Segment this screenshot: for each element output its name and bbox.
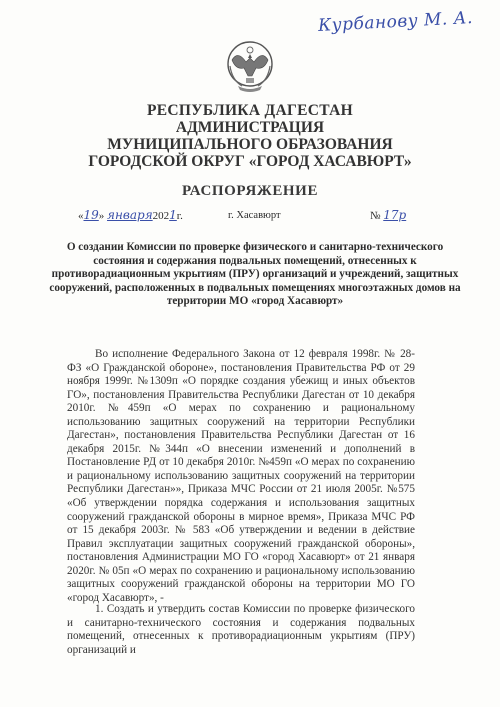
header-city-district: ГОРОДСКОЙ ОКРУГ «ГОРОД ХАСАВЮРТ» (0, 153, 500, 170)
document-date: «19» января2021г. (78, 208, 183, 222)
number-value: 17р (383, 208, 406, 222)
document-subject: О создании Комиссии по проверке физическ… (48, 241, 462, 309)
number-label: № (370, 210, 381, 222)
document-city: г. Хасавюрт (228, 210, 281, 221)
clause-1-paragraph: 1. Создать и утвердить состав Комиссии п… (67, 603, 415, 657)
date-month: января (107, 208, 153, 222)
handwritten-addressee: Курбанову М. А. (318, 8, 474, 36)
preamble-paragraph: Во исполнение Федерального Закона от 12 … (67, 348, 415, 605)
header-republic: РЕСПУБЛИКА ДАГЕСТАН (0, 102, 500, 119)
dateline: «19» января2021г. г. Хасавюрт № 17р (0, 208, 500, 228)
date-quote-close: » (99, 210, 105, 222)
date-year-digit: 1 (169, 208, 177, 222)
document-type: РАСПОРЯЖЕНИЕ (0, 183, 500, 200)
document-page: Курбанову М. А. РЕСПУБЛИКА ДАГЕСТАН АДМИ… (0, 0, 500, 707)
header-administration: АДМИНИСТРАЦИЯ (0, 119, 500, 136)
document-number: № 17р (370, 208, 406, 222)
header-municipality: МУНИЦИПАЛЬНОГО ОБРАЗОВАНИЯ (0, 136, 500, 153)
date-day: 19 (84, 208, 99, 222)
date-year-suffix: г. (177, 210, 183, 222)
coat-of-arms-dagestan-icon (222, 36, 278, 96)
date-year-prefix: 202 (153, 210, 170, 222)
